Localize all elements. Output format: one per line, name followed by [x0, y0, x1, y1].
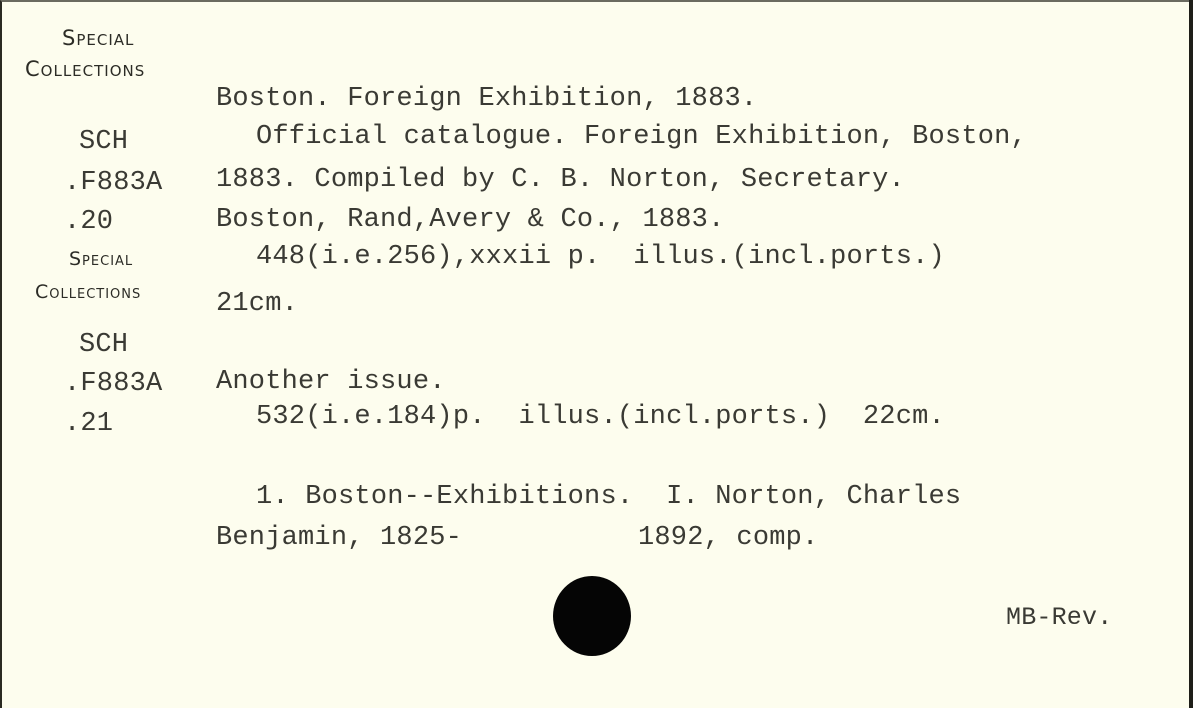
compiler-line: 1883. Compiled by C. B. Norton, Secretar…	[216, 167, 905, 194]
call-number-1-cutter: .F883A	[64, 170, 162, 197]
title-line: Official catalogue. Foreign Exhibition, …	[256, 124, 1027, 151]
card-edge	[1189, 0, 1193, 708]
imprint-line: Boston, Rand,Avery & Co., 1883.	[216, 207, 724, 234]
stamp-collections-top: Collections	[25, 59, 145, 80]
tracing-line-1: 1. Boston--Exhibitions. I. Norton, Charl…	[256, 484, 961, 511]
punch-hole	[553, 576, 631, 656]
call-number-1-volume: .20	[64, 209, 113, 236]
another-issue-collation: 532(i.e.184)p. illus.(incl.ports.) 22cm.	[256, 404, 945, 431]
call-number-1-class: SCH	[79, 129, 128, 156]
tracing-line-2a: Benjamin, 1825-	[216, 525, 462, 552]
catalog-card: Special Collections Boston. Foreign Exhi…	[0, 0, 1189, 708]
size-line: 21cm.	[216, 291, 298, 318]
stamp-collections-middle: Collections	[35, 283, 141, 302]
call-number-2-class: SCH	[79, 332, 128, 359]
call-number-2-cutter: .F883A	[64, 371, 162, 398]
footer-note: MB-Rev.	[1006, 605, 1112, 630]
collation-line: 448(i.e.256),xxxii p. illus.(incl.ports.…	[256, 244, 945, 271]
call-number-2-volume: .21	[64, 411, 113, 438]
stamp-special-middle: Special	[69, 250, 133, 269]
tracing-line-2b: 1892, comp.	[638, 525, 818, 552]
stamp-special-top: Special	[62, 28, 134, 49]
main-heading: Boston. Foreign Exhibition, 1883.	[216, 86, 757, 113]
another-issue-label: Another issue.	[216, 369, 446, 396]
